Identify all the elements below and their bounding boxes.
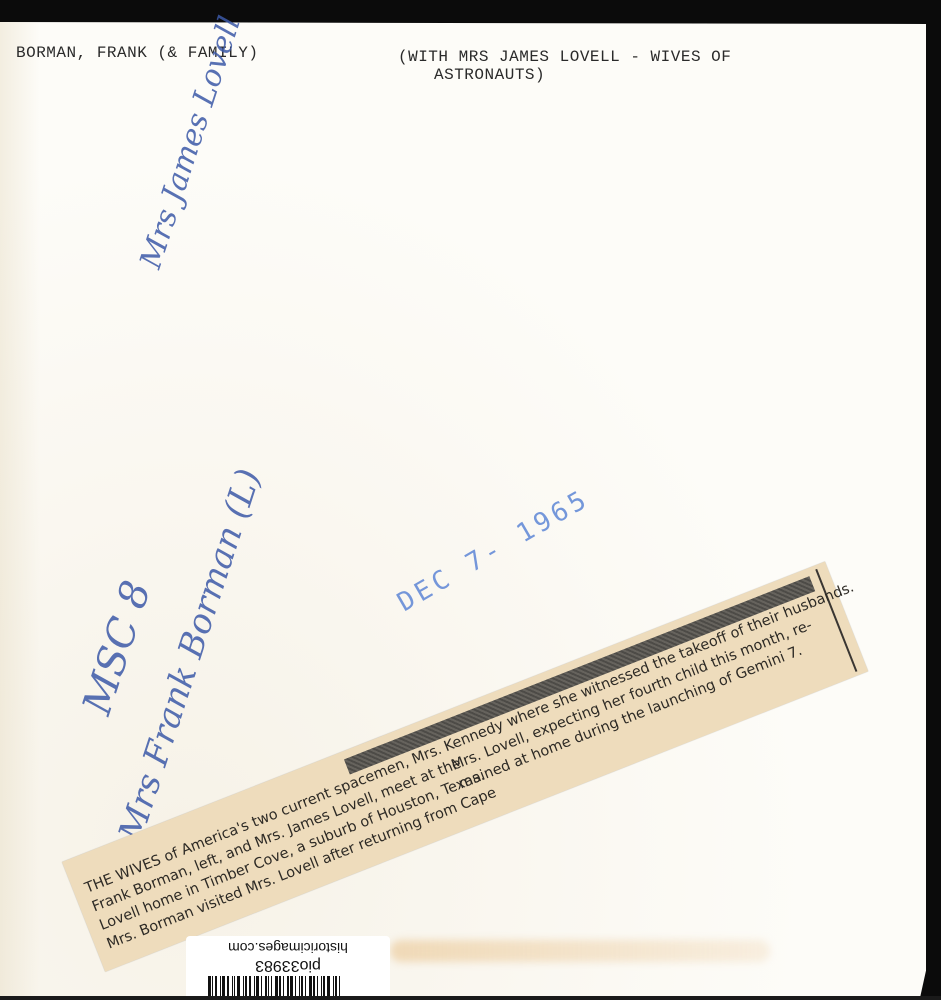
archive-item-code: pio33983	[186, 956, 390, 974]
tape-stain	[390, 940, 770, 962]
scan-border-right	[926, 0, 941, 1000]
scan-border-bottom	[0, 996, 941, 1000]
caption-note-line2: ASTRONAUTS)	[434, 66, 545, 84]
archive-label: historicimages.com pio33983	[186, 936, 390, 1000]
caption-note-line1: (WITH MRS JAMES LOVELL - WIVES OF	[398, 48, 731, 66]
archive-site: historicimages.com	[186, 940, 390, 956]
